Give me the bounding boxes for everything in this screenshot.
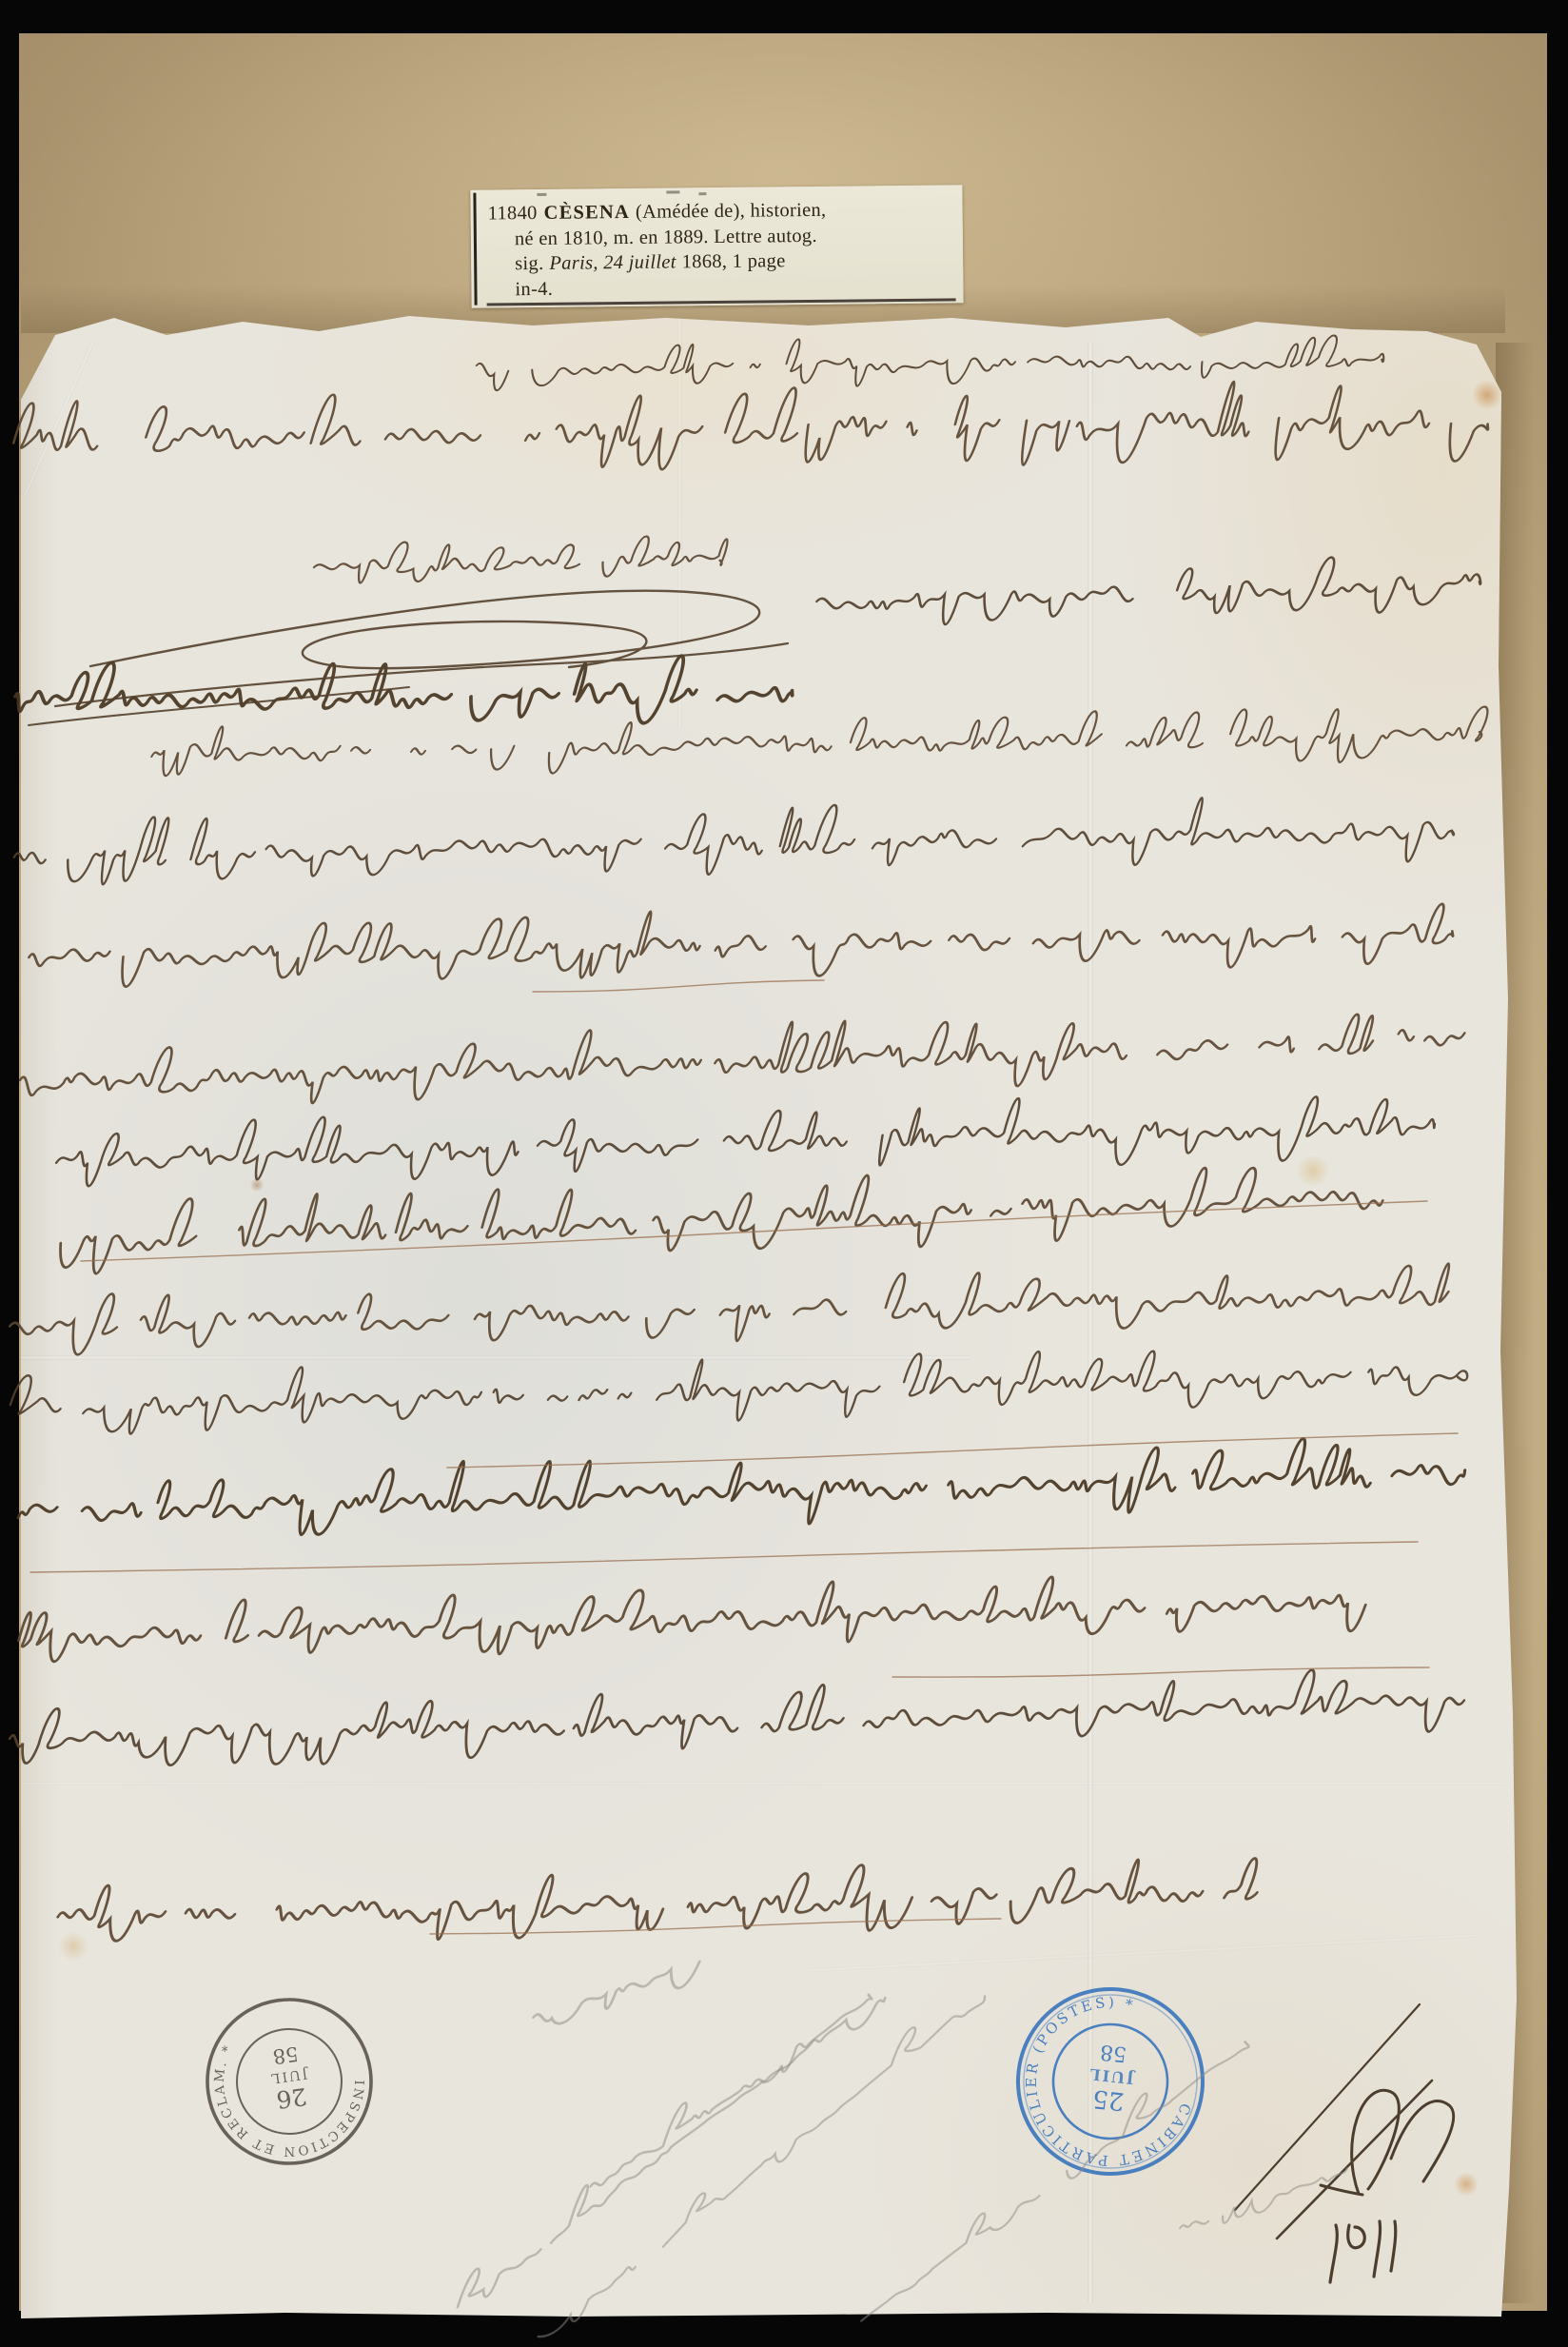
script-line — [471, 336, 1388, 391]
label-line-3-prefix: sig. — [515, 253, 543, 274]
ink-underline-rule — [533, 980, 824, 992]
label-line-4: in-4. — [471, 272, 959, 303]
ink-ruled-underlines — [30, 980, 1458, 1934]
script-line — [812, 558, 1486, 624]
label-text: 11840CÈSENA(Amédée de), historien, né en… — [470, 196, 959, 302]
pencil-stroke — [539, 1997, 986, 2337]
label-line-1-rest: (Amédée de), historien, — [630, 200, 827, 223]
script-line — [4, 1264, 1464, 1355]
label-line-3-italic: Paris, 24 juillet — [543, 251, 676, 273]
lower-right-ink-marks — [1235, 2004, 1454, 2282]
script-line — [9, 798, 1461, 884]
photo-frame: INSPECTION ET RECLAM. * 26 JUIL 58 CABIN… — [0, 0, 1568, 2347]
ink-underline-rule — [892, 1667, 1429, 1677]
inspection-postmark-stamp: INSPECTION ET RECLAM. * 26 JUIL 58 — [197, 1989, 382, 2174]
ink-monogram — [1321, 2090, 1454, 2195]
ink-underline-rule — [30, 1542, 1418, 1572]
cabinet-particulier-stamp: CABINET PARTICULIER (POSTES) * 25 JUIL 5… — [1009, 1980, 1211, 2182]
stamp-month: JUIL — [1088, 2065, 1137, 2088]
cropped-print-fragment — [537, 193, 546, 196]
label-author-name: CÈSENA — [538, 202, 631, 224]
diagonal-pen-stroke — [1235, 2004, 1420, 2210]
cropped-print-fragment — [666, 190, 679, 193]
script-line — [14, 1577, 1383, 1662]
label-line-3-rest: 1868, 1 page — [676, 250, 786, 272]
pencil-annotations — [458, 1962, 1347, 2337]
diagonal-pen-stroke — [1277, 2081, 1432, 2239]
pencil-stroke — [458, 1995, 873, 2307]
script-line — [23, 904, 1460, 987]
script-line — [52, 1859, 1264, 1942]
script-line — [310, 537, 729, 583]
pencil-stroke — [532, 1962, 699, 2023]
ink-numerals — [1330, 2221, 1396, 2282]
manuscript-art-layer: INSPECTION ET RECLAM. * 26 JUIL 58 CABIN… — [0, 0, 1568, 2347]
script-line — [51, 1096, 1441, 1186]
stamp-year: 58 — [1099, 2040, 1127, 2066]
stamp-day: 26 — [275, 2082, 309, 2114]
catalog-label: 11840CÈSENA(Amédée de), historien, né en… — [470, 185, 963, 307]
script-line — [4, 1670, 1470, 1765]
script-line — [14, 1439, 1472, 1535]
script-line — [54, 1168, 1390, 1273]
cropped-print-fragment — [698, 192, 706, 195]
label-entry-number: 11840 — [488, 203, 538, 225]
script-line — [15, 1015, 1480, 1103]
script-line — [4, 1351, 1473, 1434]
pencil-stroke — [861, 2041, 1250, 2320]
script-line — [8, 382, 1498, 469]
pencil-stroke — [591, 1998, 886, 2186]
handwritten-script-lines — [4, 336, 1499, 1942]
stamp-year: 58 — [271, 2042, 300, 2068]
script-line — [147, 707, 1489, 777]
script-line — [10, 656, 800, 723]
stamp-day: 25 — [1091, 2083, 1126, 2115]
ink-underline-rule — [447, 1433, 1458, 1468]
